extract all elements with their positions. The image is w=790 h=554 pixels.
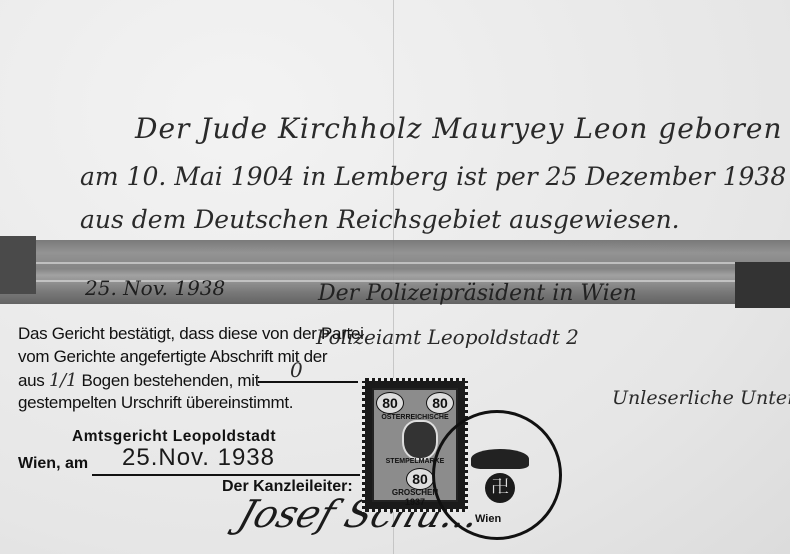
date-line	[92, 474, 360, 476]
line3-prefix: aus	[18, 371, 45, 390]
official-seal: 卍 Wien	[432, 410, 562, 540]
place-label: Wien, am	[18, 455, 88, 473]
line3-handwritten-fill: 1/1	[49, 370, 77, 391]
seal-bottom-text: Wien	[475, 513, 501, 525]
printed-certification-line-3: aus 1/1 Bogen bestehenden, mit	[18, 370, 259, 391]
handwritten-line-3: aus dem Deutschen Reichsgebiet ausgewies…	[80, 205, 680, 234]
stamped-date: 25.Nov. 1938	[122, 444, 275, 472]
swastika-wreath-icon: 卍	[485, 473, 515, 503]
handwritten-line-1: Der Jude Kirchholz Mauryey Leon geboren	[135, 112, 783, 145]
handwritten-date: 25. Nov. 1938	[85, 276, 225, 300]
document-page: Der Jude Kirchholz Mauryey Leon geboren …	[0, 0, 790, 554]
handwritten-line-2: am 10. Mai 1904 in Lemberg ist per 25 De…	[80, 162, 786, 191]
printed-certification-line-2: vom Gerichte angefertigte Abschrift mit …	[18, 347, 327, 367]
printed-certification-line-1: Das Gericht bestätigt, dass diese von de…	[18, 324, 364, 344]
blank-fill: 0	[290, 358, 303, 382]
austrian-eagle-icon	[402, 420, 438, 460]
handwritten-authority: Der Polizeipräsident in Wien	[318, 281, 637, 306]
printed-certification-line-4: gestempelten Urschrift übereinstimmt.	[18, 393, 293, 413]
line3-text: Bogen bestehenden, mit	[81, 371, 259, 390]
tape-crack	[0, 262, 790, 264]
handwritten-signature-note: Unleserliche Unterschrift	[612, 387, 790, 409]
stamp-denomination: 80	[376, 392, 404, 414]
stamp-denomination-center: 80	[406, 468, 434, 490]
stamp-denomination: 80	[426, 392, 454, 414]
blank-line	[258, 381, 358, 383]
tape-edge-right	[735, 262, 790, 308]
tape-edge-left	[0, 236, 36, 294]
eagle-icon	[471, 449, 529, 469]
